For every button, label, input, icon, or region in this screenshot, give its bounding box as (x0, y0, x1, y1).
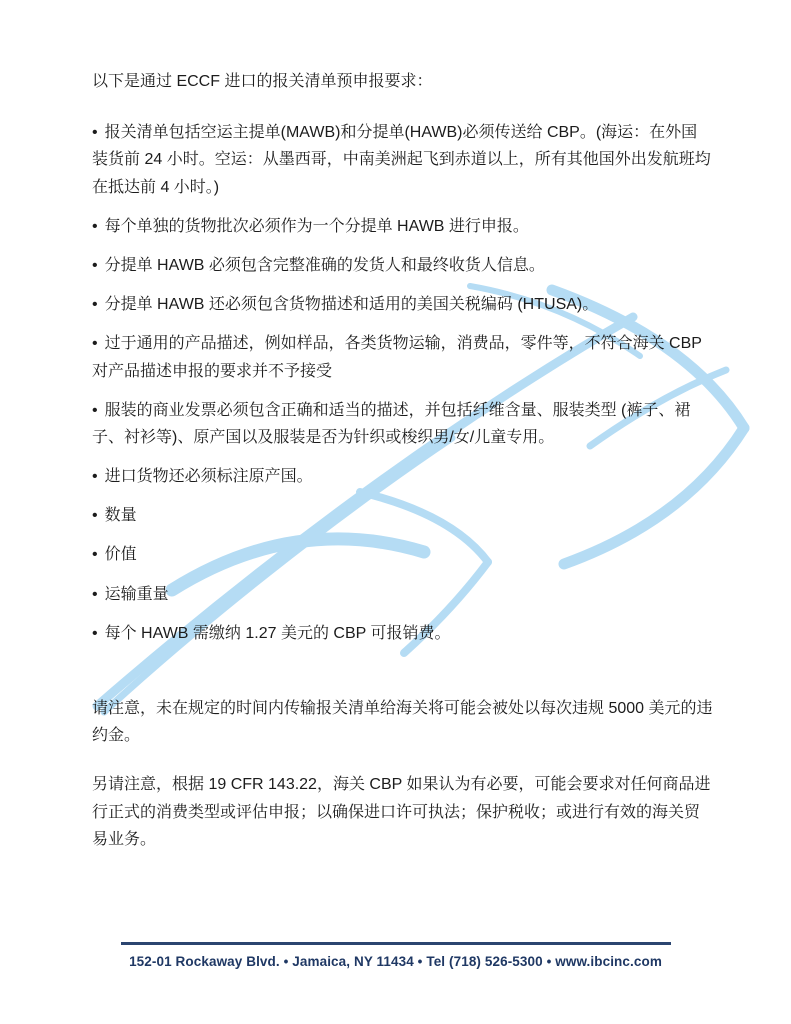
requirement-item: •每个 HAWB 需缴纳 1.27 美元的 CBP 可报销费。 (92, 620, 713, 647)
requirement-item: •数量 (92, 502, 713, 529)
bullet-marker: • (92, 507, 98, 524)
requirement-text: 服装的商业发票必须包含正确和适当的描述，并包括纤维含量、服装类型 (裤子、裙子、… (92, 402, 690, 446)
notes-section: 请注意，未在规定的时间内传输报关清单给海关将可能会被处以每次违规 5000 美元… (92, 695, 713, 853)
bullet-marker: • (92, 625, 98, 642)
footer-divider (121, 942, 671, 945)
footer-address: 152-01 Rockaway Blvd. • Jamaica, NY 1143… (0, 954, 791, 969)
bullet-marker: • (92, 402, 98, 419)
requirement-text: 过于通用的产品描述，例如样品，各类货物运输，消费品，零件等，不符合海关 CBP … (92, 335, 702, 379)
bullet-marker: • (92, 468, 98, 485)
bullet-marker: • (92, 335, 98, 352)
document-body: 以下是通过 ECCF 进口的报关清单预申报要求： •报关清单包括空运主提单(MA… (92, 68, 713, 875)
requirement-item: •价值 (92, 541, 713, 568)
document-page: 以下是通过 ECCF 进口的报关清单预申报要求： •报关清单包括空运主提单(MA… (0, 0, 791, 1024)
bullet-marker: • (92, 257, 98, 274)
requirement-text: 运输重量 (105, 586, 169, 603)
requirement-item: •报关清单包括空运主提单(MAWB)和分提单(HAWB)必须传送给 CBP。(海… (92, 119, 713, 201)
requirement-item: •进口货物还必须标注原产国。 (92, 463, 713, 490)
bullet-marker: • (92, 296, 98, 313)
requirement-text: 分提单 HAWB 必须包含完整准确的发货人和最终收货人信息。 (105, 257, 545, 274)
requirement-text: 进口货物还必须标注原产国。 (105, 468, 313, 485)
page-footer: 152-01 Rockaway Blvd. • Jamaica, NY 1143… (0, 942, 791, 969)
requirement-text: 数量 (105, 507, 137, 524)
requirement-item: •每个单独的货物批次必须作为一个分提单 HAWB 进行申报。 (92, 213, 713, 240)
bullet-marker: • (92, 218, 98, 235)
requirement-text: 报关清单包括空运主提单(MAWB)和分提单(HAWB)必须传送给 CBP。(海运… (92, 124, 711, 195)
requirement-item: •分提单 HAWB 还必须包含货物描述和适用的美国关税编码 (HTUSA)。 (92, 291, 713, 318)
note-paragraph: 请注意，未在规定的时间内传输报关清单给海关将可能会被处以每次违规 5000 美元… (92, 695, 713, 749)
bullet-marker: • (92, 546, 98, 563)
requirement-text: 价值 (105, 546, 137, 563)
note-paragraph: 另请注意，根据 19 CFR 143.22，海关 CBP 如果认为有必要，可能会… (92, 771, 713, 853)
requirement-text: 每个单独的货物批次必须作为一个分提单 HAWB 进行申报。 (105, 218, 529, 235)
requirement-text: 每个 HAWB 需缴纳 1.27 美元的 CBP 可报销费。 (105, 625, 451, 642)
requirement-text: 分提单 HAWB 还必须包含货物描述和适用的美国关税编码 (HTUSA)。 (105, 296, 599, 313)
requirement-item: •分提单 HAWB 必须包含完整准确的发货人和最终收货人信息。 (92, 252, 713, 279)
page-title: 以下是通过 ECCF 进口的报关清单预申报要求： (92, 68, 713, 95)
bullet-marker: • (92, 124, 98, 141)
requirement-item: •运输重量 (92, 581, 713, 608)
requirement-item: •过于通用的产品描述，例如样品，各类货物运输，消费品，零件等，不符合海关 CBP… (92, 330, 713, 384)
requirement-item: •服装的商业发票必须包含正确和适当的描述，并包括纤维含量、服装类型 (裤子、裙子… (92, 397, 713, 451)
requirements-list: •报关清单包括空运主提单(MAWB)和分提单(HAWB)必须传送给 CBP。(海… (92, 119, 713, 647)
bullet-marker: • (92, 586, 98, 603)
